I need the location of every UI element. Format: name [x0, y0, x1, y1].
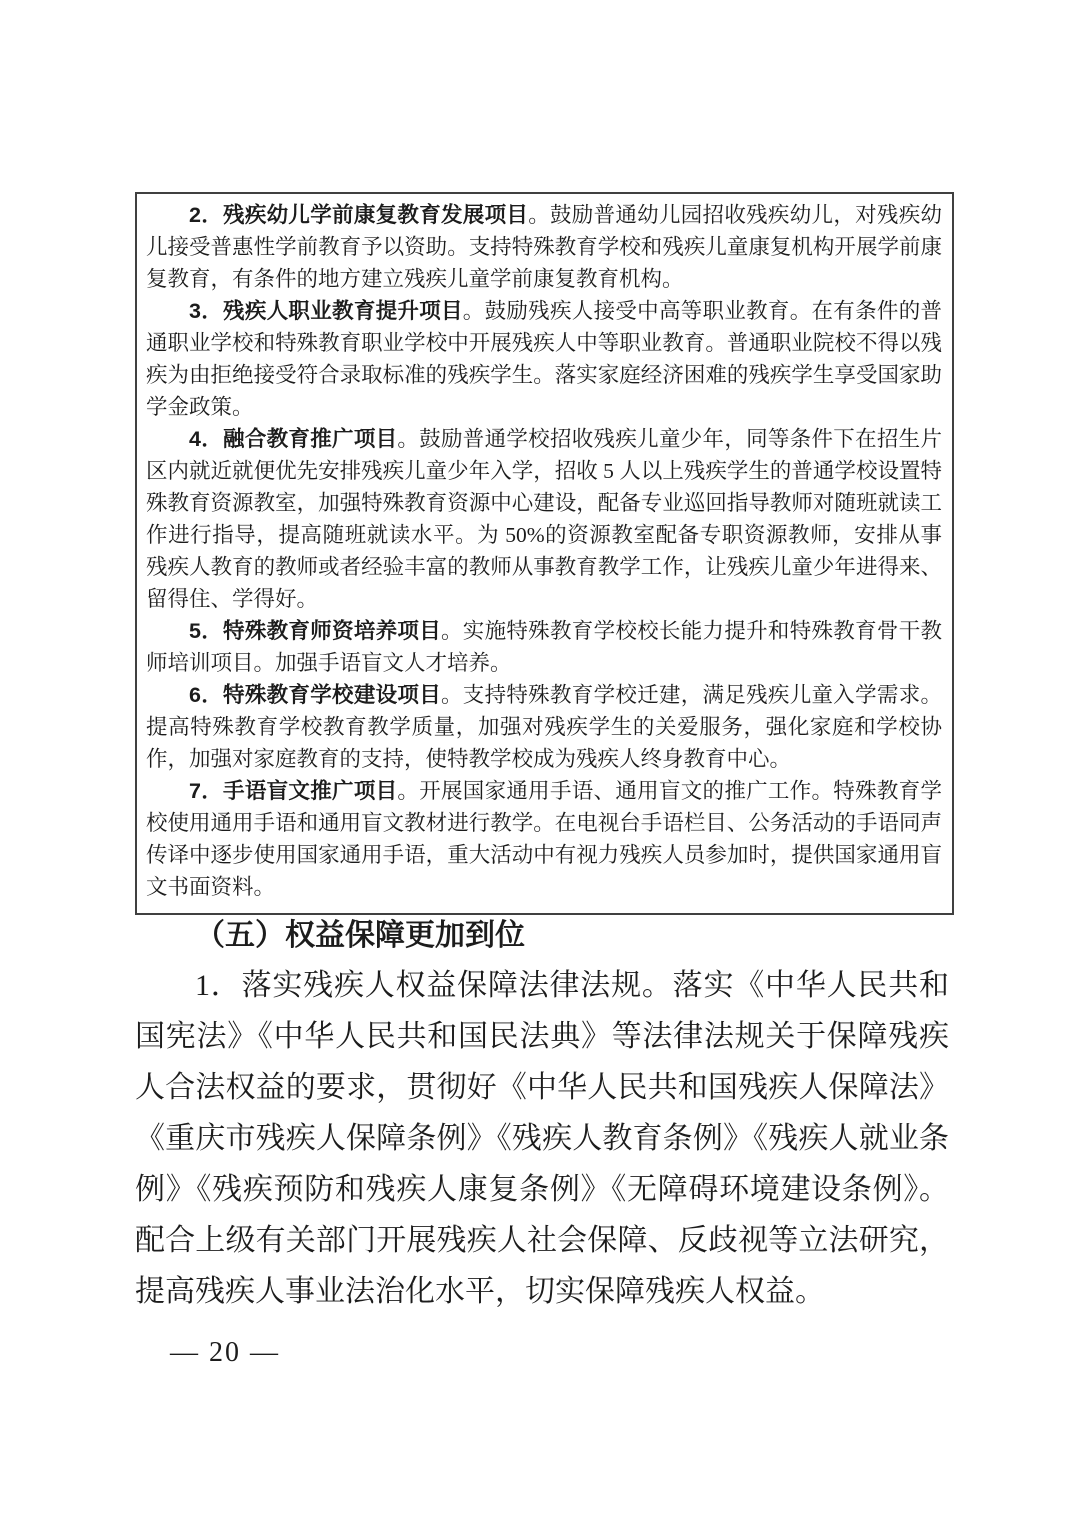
program-list-box: 2．残疾幼儿学前康复教育发展项目。鼓励普通幼儿园招收残疾幼儿，对残疾幼儿接受普惠…	[135, 192, 954, 915]
section-paragraph: 1．落实残疾人权益保障法律法规。落实《中华人民共和国宪法》《中华人民共和国民法典…	[135, 960, 949, 1317]
program-item-2-title: 2．残疾幼儿学前康复教育发展项目	[189, 203, 528, 227]
program-item-6: 6．特殊教育学校建设项目。支持特殊教育学校迁建，满足残疾儿童入学需求。提高特殊教…	[146, 679, 942, 775]
program-item-3: 3．残疾人职业教育提升项目。鼓励残疾人接受中高等职业教育。在有条件的普通职业学校…	[146, 295, 942, 423]
document-page: 2．残疾幼儿学前康复教育发展项目。鼓励普通幼儿园招收残疾幼儿，对残疾幼儿接受普惠…	[0, 0, 1074, 1520]
program-item-4-title: 4．融合教育推广项目	[189, 427, 397, 451]
program-item-3-title: 3．残疾人职业教育提升项目	[189, 299, 463, 323]
program-item-6-title: 6．特殊教育学校建设项目	[189, 683, 441, 707]
section-heading: （五）权益保障更加到位	[135, 916, 950, 956]
program-item-2: 2．残疾幼儿学前康复教育发展项目。鼓励普通幼儿园招收残疾幼儿，对残疾幼儿接受普惠…	[146, 199, 942, 295]
program-item-7: 7．手语盲文推广项目。开展国家通用手语、通用盲文的推广工作。特殊教育学校使用通用…	[146, 775, 942, 903]
program-item-4: 4．融合教育推广项目。鼓励普通学校招收残疾儿童少年，同等条件下在招生片区内就近就…	[146, 423, 942, 615]
program-item-5: 5．特殊教育师资培养项目。实施特殊教育学校校长能力提升和特殊教育骨干教师培训项目…	[146, 615, 942, 679]
program-item-5-title: 5．特殊教育师资培养项目	[189, 619, 441, 643]
program-item-4-body: 。鼓励普通学校招收残疾儿童少年，同等条件下在招生片区内就近就便优先安排残疾儿童少…	[146, 427, 942, 611]
page-number: — 20 —	[170, 1336, 280, 1370]
program-item-7-title: 7．手语盲文推广项目	[189, 779, 397, 803]
